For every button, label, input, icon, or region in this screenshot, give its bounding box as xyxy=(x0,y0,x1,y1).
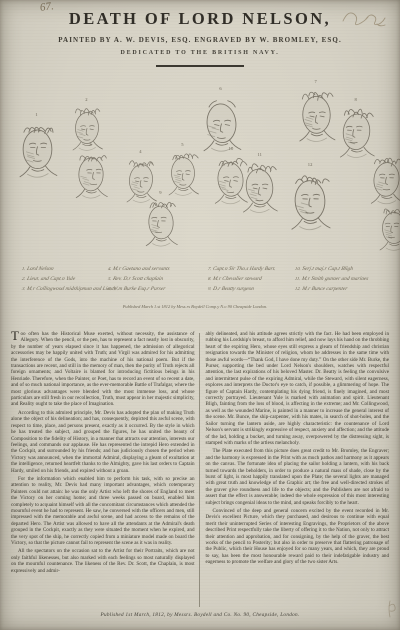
key-entry-number: 4. xyxy=(108,266,113,271)
key-column: 7.Capt.n Sir Tho.s Hardy Bart.8.M.r Chev… xyxy=(208,264,276,294)
body-paragraph: For the information which enabled him to… xyxy=(11,476,195,546)
head-number: 8 xyxy=(355,97,357,102)
head-sketch-drawing xyxy=(166,148,200,200)
key-entry-number: 3. xyxy=(22,286,27,291)
description-text: Too often has the Historical Muse exerte… xyxy=(11,331,389,576)
key-entry: 6.W.m Burke Esq.r Purser xyxy=(107,284,171,294)
body-paragraph: The Plate executed from this picture doe… xyxy=(206,448,390,506)
head-number: 4 xyxy=(139,149,141,154)
key-entry-number: 12. xyxy=(295,286,302,291)
head-sketch: 11 xyxy=(240,158,279,218)
body-paragraph: ably delineated, and his attitude agrees… xyxy=(206,331,390,446)
head-number: 3 xyxy=(89,142,91,147)
key-entry-name: M.r Collingwood midshipman and Lieut. xyxy=(26,286,115,292)
key-entry: 11.M.r Smith gunner and marines xyxy=(294,274,369,284)
head-number: 12 xyxy=(308,162,313,167)
key-entry-name: Rev. D.r Scott chaplain xyxy=(112,276,163,282)
head-number: 2 xyxy=(85,97,87,102)
key-column: 4.M.r Gaetano and servants5.Rev. D.r Sco… xyxy=(108,264,170,294)
key-entry-number: 7. xyxy=(208,266,213,271)
head-sketch: 6 xyxy=(200,92,243,157)
head-sketch-drawing xyxy=(377,203,400,255)
head-sketch: 3 xyxy=(73,148,109,203)
publication-imprint: Published 1st March, 1812, by Messrs. Bo… xyxy=(0,612,400,618)
head-sketch-drawing xyxy=(288,168,332,236)
body-paragraph: According to this admired principle, Mr.… xyxy=(11,410,195,474)
head-sketch-drawing xyxy=(143,196,179,251)
head-sketch: 9 xyxy=(143,196,179,251)
key-entry: 5.Rev. D.r Scott chaplain xyxy=(107,274,171,284)
column-divider xyxy=(199,333,200,607)
head-sketch-drawing xyxy=(240,158,279,218)
key-entry-name: Lieut. and Capt.n Yule xyxy=(26,276,75,282)
key-entry: 7.Capt.n Sir Tho.s Hardy Bart. xyxy=(207,264,277,274)
key-entry-name: W.m Burke Esq.r Purser xyxy=(112,286,166,292)
head-sketch-drawing xyxy=(368,152,400,209)
key-entry-number: 2. xyxy=(22,276,27,281)
key-entry-name: Lord Nelson xyxy=(26,266,54,272)
head-sketch-drawing xyxy=(73,148,109,203)
key-entry-name: M.r Chevalier steward xyxy=(212,276,262,282)
body-paragraph: Convinced of the deep and general concer… xyxy=(206,508,390,566)
key-entry-name: Serj.t maj.r Cap.t Bligh xyxy=(302,266,354,272)
key-entry-name: D.r Beatty surgeon xyxy=(212,286,254,292)
key-entry: 1.Lord Nelson xyxy=(21,264,116,274)
key-entry-number: 1. xyxy=(22,266,27,271)
key-entry: 3.M.r Collingwood midshipman and Lieut. xyxy=(21,284,116,294)
head-number: 5 xyxy=(181,142,183,147)
head-number: 9 xyxy=(159,190,161,195)
head-number: 11 xyxy=(258,152,262,157)
key-entry: 8.M.r Chevalier steward xyxy=(207,274,277,284)
head-number: 7 xyxy=(314,79,316,84)
head-number: 6 xyxy=(219,86,221,91)
head-sketch-drawing xyxy=(16,118,59,183)
head-sketch xyxy=(368,152,400,209)
body-paragraph: All the spectators on the occasion sat t… xyxy=(11,548,195,574)
key-entry: 9.D.r Beatty surgeon xyxy=(207,284,277,294)
text-column-right: ably delineated, and his attitude agrees… xyxy=(206,331,390,576)
key-entry-number: 5. xyxy=(108,276,113,281)
key-entry-name: M.r Bunce carpenter xyxy=(302,286,348,292)
head-sketch-drawing xyxy=(296,85,337,147)
key-column: 1.Lord Nelson2.Lieut. and Capt.n Yule3.M… xyxy=(22,264,115,294)
key-entry-name: M.r Smith gunner and marines xyxy=(301,276,369,282)
key-entry: 12.M.r Bunce carpenter xyxy=(294,284,369,294)
key-column: 10.Serj.t maj.r Cap.t Bligh11.M.r Smith … xyxy=(295,264,368,294)
head-sketch-drawing xyxy=(200,92,243,157)
head-sketch xyxy=(377,203,400,255)
head-studies-sketch: 123456789101112 xyxy=(0,0,400,265)
key-entry-number: 10. xyxy=(295,266,302,271)
key-entry-name: Capt.n Sir Tho.s Hardy Bart. xyxy=(212,266,276,272)
key-entry: 2.Lieut. and Capt.n Yule xyxy=(21,274,116,284)
head-sketch: 7 xyxy=(296,85,337,147)
key-entry-number: 9. xyxy=(208,286,213,291)
head-number: 10 xyxy=(229,146,234,151)
head-sketch: 1 xyxy=(16,118,59,183)
handwritten-mark xyxy=(386,599,398,619)
key-entry: 4.M.r Gaetano and servants xyxy=(107,264,171,274)
key-entry-number: 11. xyxy=(295,276,301,281)
key-imprint: Published March 1.st 1812 by Mess.rs Boy… xyxy=(105,304,285,309)
text-column-left: Too often has the Historical Muse exerte… xyxy=(11,331,195,576)
key-entry-number: 8. xyxy=(208,276,213,281)
head-sketch: 12 xyxy=(288,168,332,236)
key-entry-name: M.r Gaetano and servants xyxy=(112,266,170,272)
key-entry: 10.Serj.t maj.r Cap.t Bligh xyxy=(294,264,369,274)
head-sketch: 5 xyxy=(166,148,200,200)
body-paragraph: Too often has the Historical Muse exerte… xyxy=(11,331,195,408)
key-entry-number: 6. xyxy=(108,286,113,291)
head-number: 1 xyxy=(35,112,37,117)
